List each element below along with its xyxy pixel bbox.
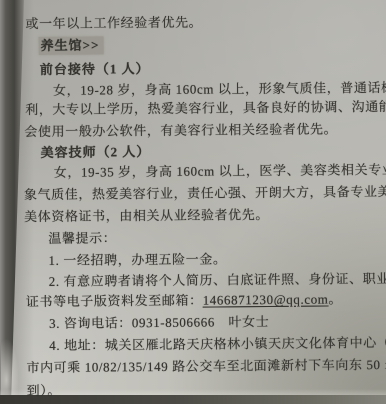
email-address: 1466871230@qq.com — [203, 291, 329, 307]
job-title-beautician: 美容技师（2 人） — [40, 143, 150, 161]
beautician-desc-line-1: 女，19-35 岁，身高 160cm 以上，医学、美容类相关专业，形 — [54, 161, 386, 181]
tip-4-address-line-1: 4. 地址：城关区雁北路天庆格林小镇天庆文化体育中心（兰州 — [49, 334, 386, 354]
email-line-prefix: 证书等电子版资料发至邮箱： — [26, 293, 203, 310]
photo-document: 或一年以上工作经验者优先。 养生馆>> 前台接待（1 人） 女，19-28 岁，… — [0, 0, 386, 404]
job-title-receptionist: 前台接待（1 人） — [40, 60, 150, 78]
tip-4-address-line-3: 到）。 — [27, 382, 61, 399]
receptionist-desc-line-3: 会使用一般办公软件，有美容行业相关经验者优先。 — [24, 120, 337, 140]
document-text: 或一年以上工作经验者优先。 养生馆>> 前台接待（1 人） 女，19-28 岁，… — [0, 0, 386, 404]
email-line-suffix: 。 — [328, 291, 342, 306]
receptionist-desc-line-1: 女，19-28 岁，身高 160cm 以上，形象气质佳，普通话标准流 — [53, 79, 386, 99]
section-header-highlight: 养生馆>> — [39, 36, 104, 55]
tips-header: 温馨提示： — [48, 229, 116, 247]
intro-line: 或一年以上工作经验者优先。 — [25, 14, 202, 33]
tip-4-address-line-2: 市内可乘 10/82/135/149 路公交车至北面滩新村下车向东 50 米即 — [26, 356, 386, 376]
receptionist-desc-line-2: 利，大专以上学历，热爱美容行业，具备良好的协调、沟通能力， — [25, 98, 386, 118]
beautician-desc-line-3: 美体资格证书，由相关从业经验者优先。 — [24, 206, 269, 225]
tip-2-application-line-1: 2. 有意应聘者请将个人简历、白底证件照、身份证、职业资格 — [49, 270, 386, 290]
tip-1-insurance: 1. 一经招聘，办理五险一金。 — [48, 250, 226, 269]
tip-3-phone: 3. 咨询电话：0931-8506666 叶女士 — [49, 313, 269, 332]
tip-2-email-line: 证书等电子版资料发至邮箱：1466871230@qq.com。 — [26, 290, 342, 310]
section-header-wellness-hall: 养生馆>> — [39, 36, 104, 54]
beautician-desc-line-2: 象气质佳，热爱美容行业，责任心强、开朗大方，具备专业美容/ — [24, 183, 386, 203]
